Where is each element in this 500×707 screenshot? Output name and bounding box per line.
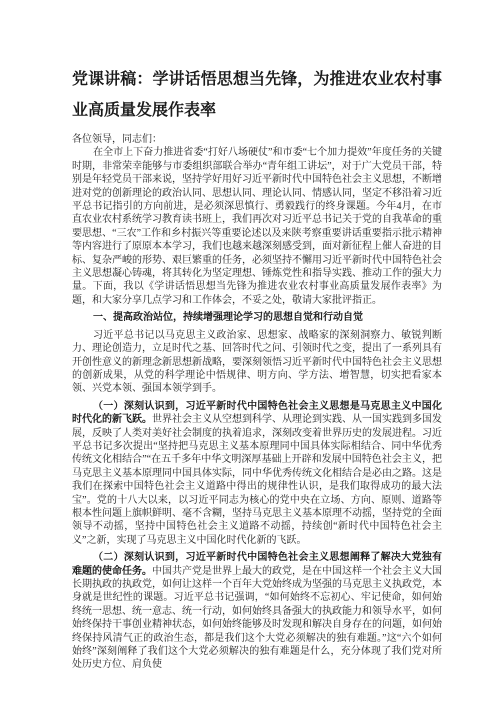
paragraph: 在全市上下奋力推进省委“打好八场硬仗”和市委“七个加力提效”年度任务的关键时期，…: [72, 146, 442, 307]
salutation: 各位领导，同志们：: [72, 133, 442, 146]
paragraph: 习近平总书记以马克思主义政治家、思想家、战略家的深刻洞察力、敏锐判断力、理论创造…: [72, 329, 442, 396]
paragraph-text: 习近平总书记以马克思主义政治家、思想家、战略家的深刻洞察力、敏锐判断力、理论创造…: [72, 330, 442, 395]
paragraph: （二）深刻认识到，习近平新时代中国特色社会主义思想阐释了解决大党独有难题的使命任…: [72, 551, 442, 672]
paragraph: （一）深刻认识到，习近平新时代中国特色社会主义思想是马克思主义中国化时代化的新飞…: [72, 400, 442, 547]
document-page: 党课讲稿：学讲话悟思想当先锋，为推进农业农村事业高质量发展作表率 各位领导，同志…: [0, 0, 500, 707]
section-heading: 一、提高政治站位，持续增强理论学习的思想自觉和行动自觉: [72, 311, 442, 324]
paragraph-text: 世界社会主义从空想到科学、从理论到实践、从一国实践到多国发展，反映了人类对美好社…: [72, 414, 442, 546]
document-body: 各位领导，同志们： 在全市上下奋力推进省委“打好八场硬仗”和市委“七个加力提效”…: [72, 133, 442, 672]
document-title: 党课讲稿：学讲话悟思想当先锋，为推进农业农村事业高质量发展作表率: [72, 64, 442, 126]
paragraph-text: 中国共产党是世界上最大的政党，是在中国这样一个社会主义大国长期执政的执政党，如何…: [72, 566, 442, 671]
paragraph-text: 在全市上下奋力推进省委“打好八场硬仗”和市委“七个加力提效”年度任务的关键时期，…: [72, 147, 442, 305]
